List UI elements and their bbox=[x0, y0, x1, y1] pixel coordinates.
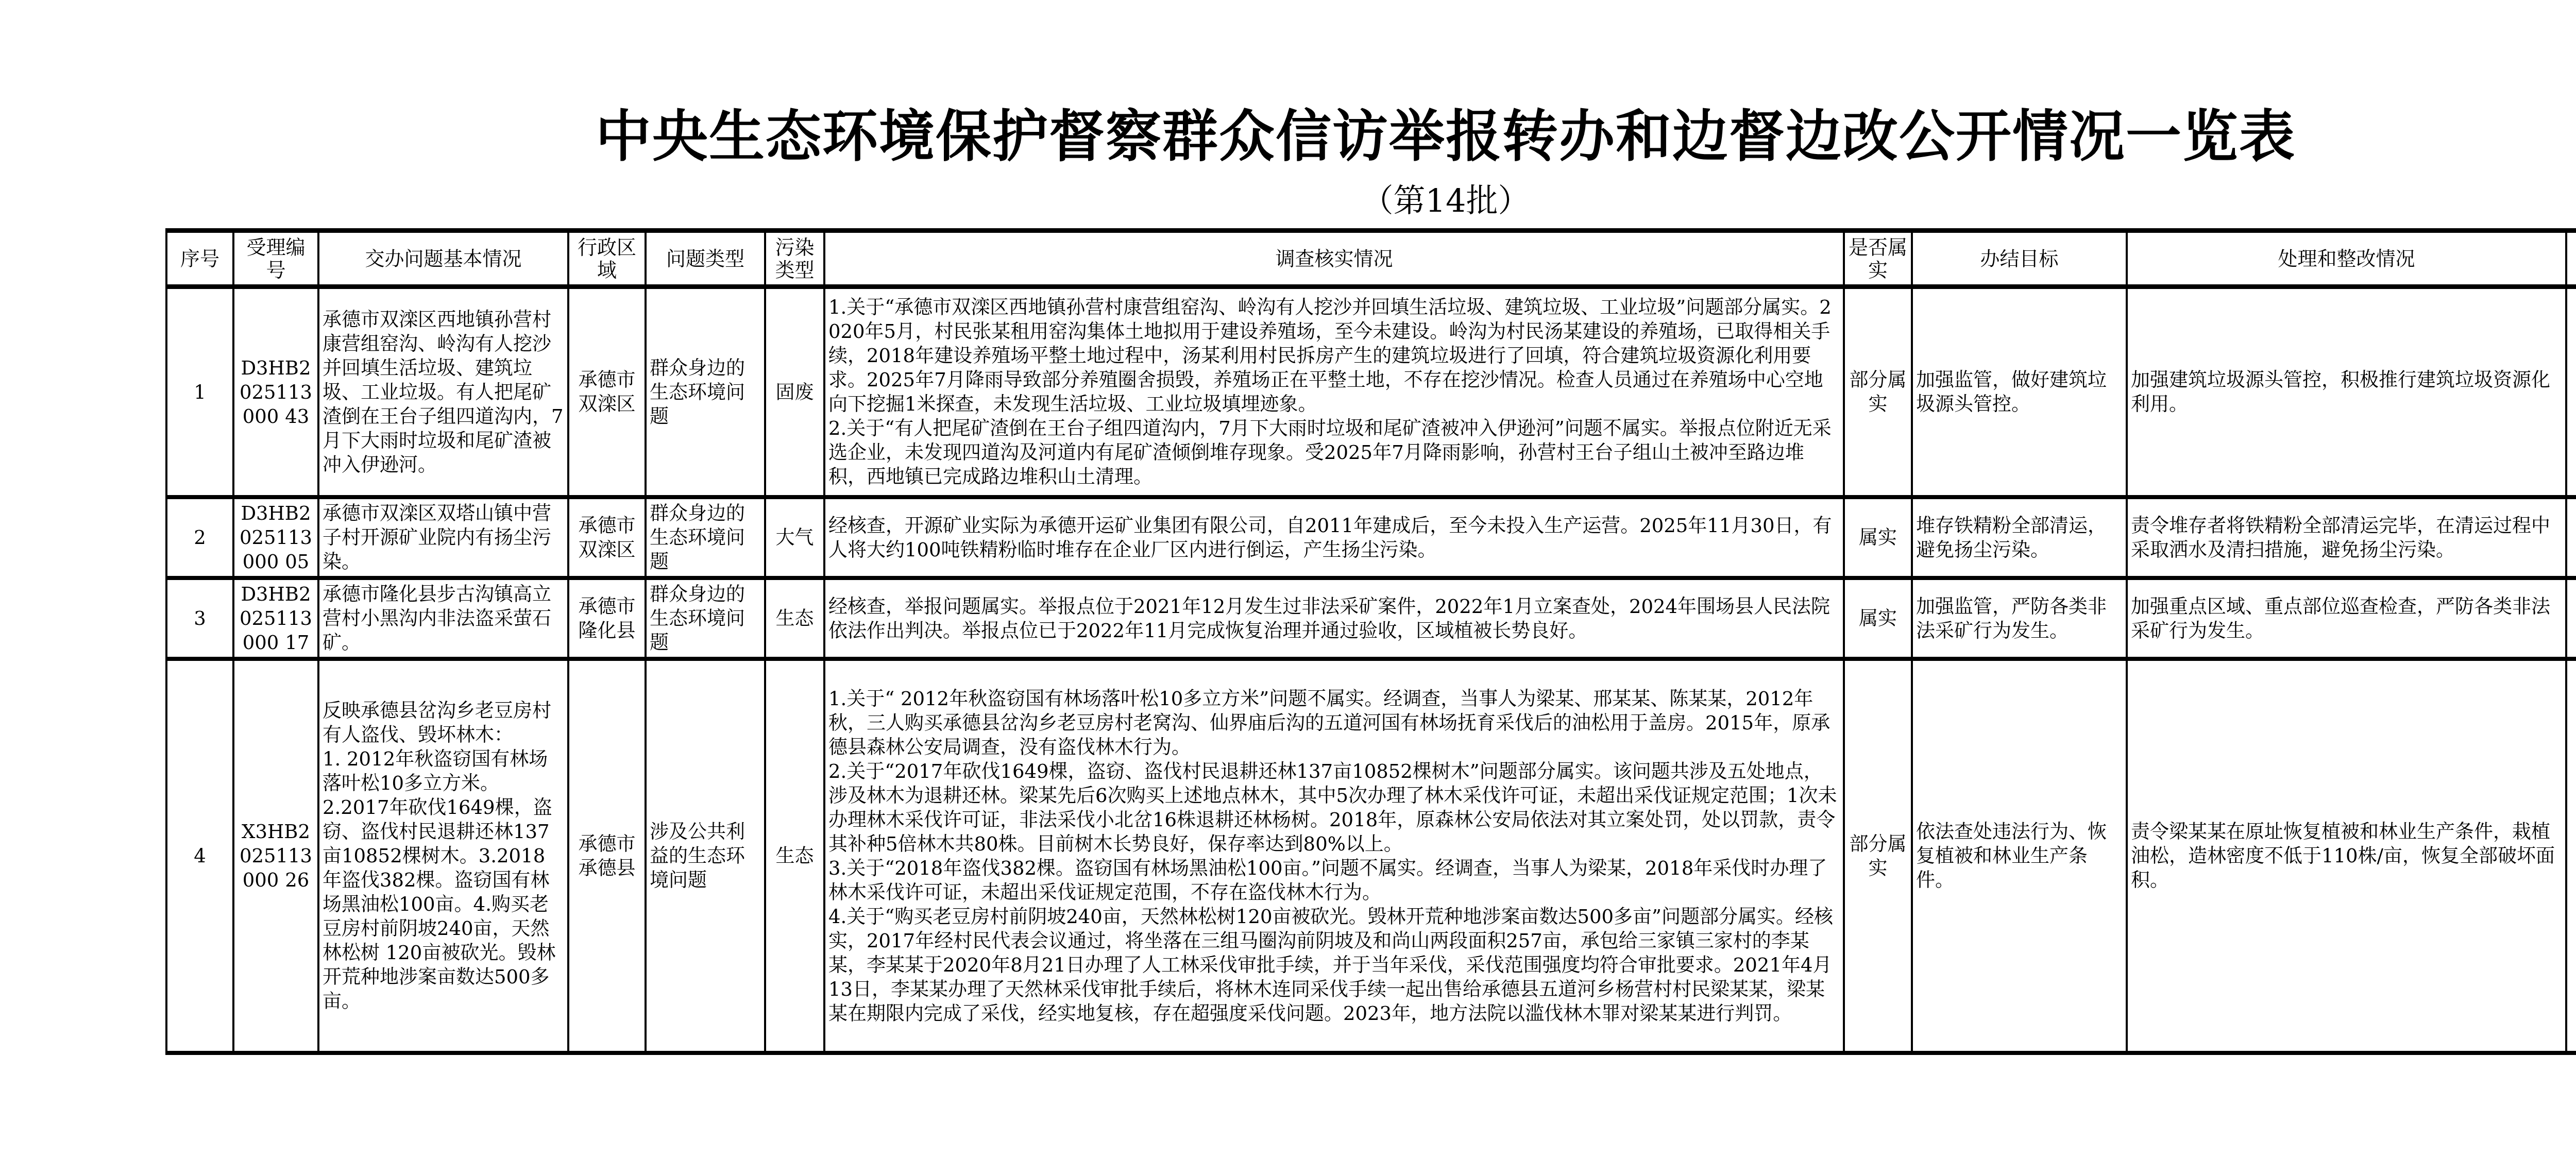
header-issue-type: 问题类型 bbox=[646, 231, 765, 287]
cell-case-no: D3HB2025113000 05 bbox=[233, 497, 318, 578]
page-title: 中央生态环境保护督察群众信访举报转办和边督边改公开情况一览表 bbox=[0, 103, 2576, 170]
table-row: 3 D3HB2025113000 17 承德市隆化县步古沟镇高立营村小黑沟内非法… bbox=[166, 578, 2576, 659]
cell-issue: 承德市双滦区双塔山镇中营子村开源矿业院内有扬尘污染。 bbox=[318, 497, 568, 578]
cell-rectification: 责令梁某某在原址恢复植被和林业生产条件，栽植油松，造林密度不低于110株/亩，恢… bbox=[2127, 659, 2566, 1053]
header-case-no: 受理编号 bbox=[233, 231, 318, 287]
cell-goal: 加强监管，做好建筑垃圾源头管控。 bbox=[1912, 287, 2127, 498]
cell-issue: 反映承德县岔沟乡老豆房村有人盗伐、毁坏林木： 1. 2012年秋盗窃国有林场落叶… bbox=[318, 659, 568, 1053]
cell-investigation: 经核查，开源矿业实际为承德开运矿业集团有限公司，自2011年建成后，至今未投入生… bbox=[824, 497, 1844, 578]
cell-closed: 已办结 bbox=[2566, 497, 2576, 578]
cell-region: 承德市隆化县 bbox=[568, 578, 646, 659]
cell-rectification: 加强重点区域、重点部位巡查检查，严防各类非法采矿行为发生。 bbox=[2127, 578, 2566, 659]
cell-pollution-type: 生态 bbox=[765, 578, 824, 659]
cell-issue: 承德市隆化县步古沟镇高立营村小黑沟内非法盗采萤石矿。 bbox=[318, 578, 568, 659]
cell-issue-type: 群众身边的生态环境问题 bbox=[646, 287, 765, 498]
cell-issue-type: 涉及公共利益的生态环境问题 bbox=[646, 659, 765, 1053]
cell-closed: 已办结 bbox=[2566, 287, 2576, 498]
cell-seq: 3 bbox=[166, 578, 233, 659]
header-pollution-type: 污染类型 bbox=[765, 231, 824, 287]
petition-table: 序号 受理编号 交办问题基本情况 行政区域 问题类型 污染类型 调查核实情况 是… bbox=[165, 228, 2576, 1055]
cell-seq: 2 bbox=[166, 497, 233, 578]
cell-goal: 堆存铁精粉全部清运，避免扬尘污染。 bbox=[1912, 497, 2127, 578]
table-row: 4 X3HB2025113000 26 反映承德县岔沟乡老豆房村有人盗伐、毁坏林… bbox=[166, 659, 2576, 1053]
header-seq: 序号 bbox=[166, 231, 233, 287]
cell-region: 承德市双滦区 bbox=[568, 497, 646, 578]
table-row: 2 D3HB2025113000 05 承德市双滦区双塔山镇中营子村开源矿业院内… bbox=[166, 497, 2576, 578]
cell-closed: 已办结 bbox=[2566, 578, 2576, 659]
cell-region: 承德市双滦区 bbox=[568, 287, 646, 498]
header-rectification: 处理和整改情况 bbox=[2127, 231, 2566, 287]
header-closed: 是否办结 bbox=[2566, 231, 2576, 287]
table-row: 1 D3HB2025113000 43 承德市双滦区西地镇孙营村康营组窑沟、岭沟… bbox=[166, 287, 2576, 498]
cell-issue-type: 群众身边的生态环境问题 bbox=[646, 497, 765, 578]
batch-subtitle: （第14批） bbox=[0, 180, 2576, 222]
header-investigation: 调查核实情况 bbox=[824, 231, 1844, 287]
cell-verified: 部分属实 bbox=[1844, 287, 1912, 498]
cell-goal: 依法查处违法行为、恢复植被和林业生产条件。 bbox=[1912, 659, 2127, 1053]
cell-issue: 承德市双滦区西地镇孙营村康营组窑沟、岭沟有人挖沙并回填生活垃圾、建筑垃圾、工业垃… bbox=[318, 287, 568, 498]
cell-case-no: D3HB2025113000 17 bbox=[233, 578, 318, 659]
cell-investigation: 经核查，举报问题属实。举报点位于2021年12月发生过非法采矿案件，2022年1… bbox=[824, 578, 1844, 659]
cell-pollution-type: 大气 bbox=[765, 497, 824, 578]
cell-investigation: 1.关于“ 2012年秋盗窃国有林场落叶松10多立方米”问题不属实。经调查，当事… bbox=[824, 659, 1844, 1053]
cell-region: 承德市承德县 bbox=[568, 659, 646, 1053]
cell-pollution-type: 固废 bbox=[765, 287, 824, 498]
cell-issue-type: 群众身边的生态环境问题 bbox=[646, 578, 765, 659]
cell-verified: 属实 bbox=[1844, 497, 1912, 578]
cell-investigation: 1.关于“承德市双滦区西地镇孙营村康营组窑沟、岭沟有人挖沙并回填生活垃圾、建筑垃… bbox=[824, 287, 1844, 498]
cell-closed: 阶段性办结 bbox=[2566, 659, 2576, 1053]
cell-rectification: 加强建筑垃圾源头管控，积极推行建筑垃圾资源化利用。 bbox=[2127, 287, 2566, 498]
cell-verified: 部分属实 bbox=[1844, 659, 1912, 1053]
cell-verified: 属实 bbox=[1844, 578, 1912, 659]
header-issue: 交办问题基本情况 bbox=[318, 231, 568, 287]
cell-case-no: X3HB2025113000 26 bbox=[233, 659, 318, 1053]
header-goal: 办结目标 bbox=[1912, 231, 2127, 287]
header-verified: 是否属实 bbox=[1844, 231, 1912, 287]
cell-seq: 4 bbox=[166, 659, 233, 1053]
cell-seq: 1 bbox=[166, 287, 233, 498]
header-region: 行政区域 bbox=[568, 231, 646, 287]
cell-rectification: 责令堆存者将铁精粉全部清运完毕，在清运过程中采取洒水及清扫措施，避免扬尘污染。 bbox=[2127, 497, 2566, 578]
cell-goal: 加强监管，严防各类非法采矿行为发生。 bbox=[1912, 578, 2127, 659]
table-header-row: 序号 受理编号 交办问题基本情况 行政区域 问题类型 污染类型 调查核实情况 是… bbox=[166, 231, 2576, 287]
cell-case-no: D3HB2025113000 43 bbox=[233, 287, 318, 498]
cell-pollution-type: 生态 bbox=[765, 659, 824, 1053]
